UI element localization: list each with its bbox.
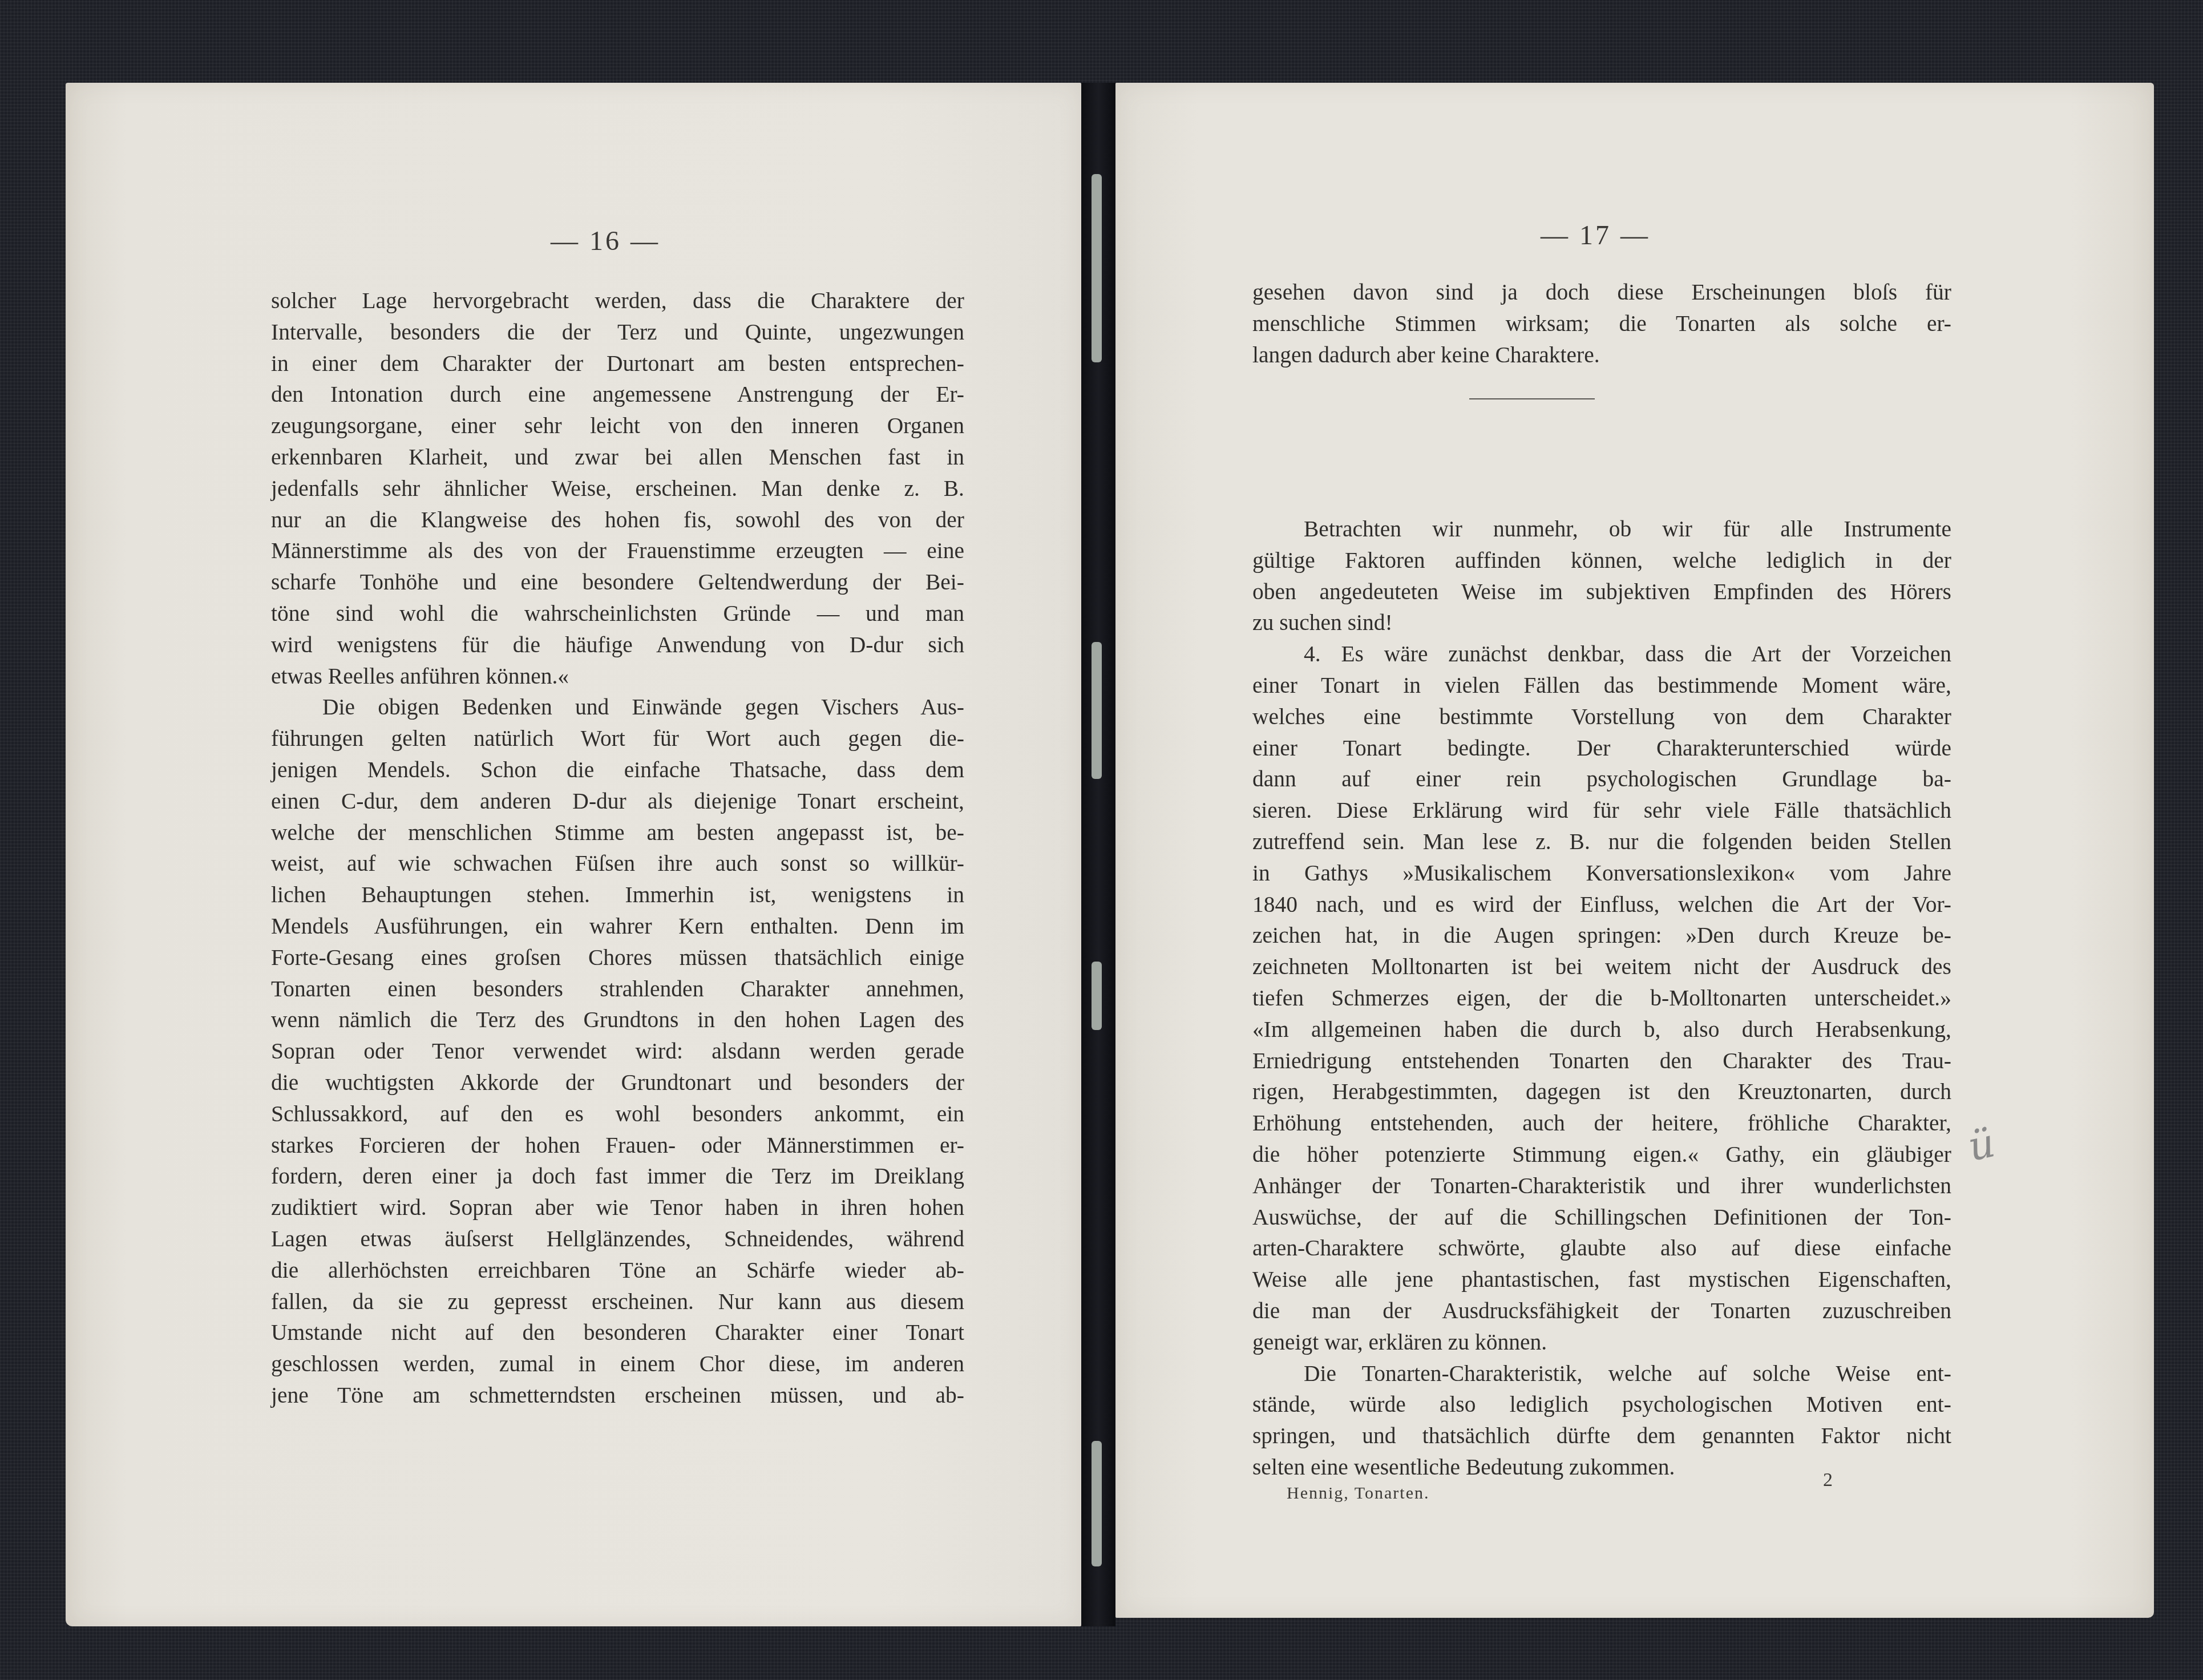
text-line: Erhöhung entstehenden, auch der heitere,… [1252, 1108, 1951, 1139]
text-line: Tonarten einen besonders strahlenden Cha… [271, 974, 964, 1005]
text-line: Umstande nicht auf den besonderen Charak… [271, 1317, 964, 1348]
section-separator-rule [1469, 398, 1595, 399]
gutter-paper-fragment [1092, 174, 1102, 362]
text-line: selten eine wesentliche Bedeutung zukomm… [1252, 1452, 1951, 1483]
text-line: springen, und thatsächlich dürfte dem ge… [1252, 1420, 1951, 1452]
text-line: menschliche Stimmen wirksam; die Tonarte… [1252, 308, 1951, 340]
text-line: jene Töne am schmetterndsten erscheinen … [271, 1380, 964, 1411]
text-line: oben angedeuteten Weise im subjektiven E… [1252, 576, 1951, 608]
text-line: langen dadurch aber keine Charaktere. [1252, 340, 1951, 371]
right-page: — 17 — gesehen davon sind ja doch diese … [1115, 83, 2154, 1618]
paragraph-start: Die obigen Bedenken und Einwände gegen V… [271, 692, 964, 723]
text-line: Männerstimme als des von der Frauenstimm… [271, 535, 964, 567]
text-line: gültige Faktoren auffinden können, welch… [1252, 545, 1951, 576]
book-gutter [1081, 83, 1115, 1626]
pencil-annotation: ü [1964, 1119, 1999, 1170]
text-line: wenn nämlich die Terz des Grundtons in d… [271, 1004, 964, 1036]
left-page: — 16 — solcher Lage hervorgebracht werde… [66, 83, 1081, 1626]
body-text: Betrachten wir nunmehr, ob wir für alle … [1252, 514, 1951, 1483]
gutter-paper-fragment [1092, 1441, 1102, 1566]
paragraph-start: Die Tonarten-Charakteristik, welche auf … [1252, 1358, 1951, 1390]
text-line: welches eine bestimmte Vorstellung von d… [1252, 701, 1951, 733]
text-line: «Im allgemeinen haben die durch b, also … [1252, 1014, 1951, 1045]
text-line: erkennbaren Klarheit, und zwar bei allen… [271, 442, 964, 473]
text-line: gesehen davon sind ja doch diese Erschei… [1252, 277, 1951, 308]
text-line: die allerhöchsten erreichbaren Töne an S… [271, 1255, 964, 1286]
text-line: zu suchen sind! [1252, 607, 1951, 639]
text-line: geneigt war, erklären zu können. [1252, 1327, 1951, 1358]
text-line: sieren. Diese Erklärung wird für sehr vi… [1252, 795, 1951, 826]
text-line: Erniedrigung entstehenden Tonarten den C… [1252, 1045, 1951, 1077]
text-line: scharfe Tonhöhe und eine besondere Gelte… [271, 567, 964, 598]
text-line: nur an die Klangweise des hohen fis, sow… [271, 504, 964, 536]
text-line: einen C-dur, dem anderen D-dur als dieje… [271, 786, 964, 817]
text-line: einer Tonart bedingte. Der Charakterunte… [1252, 733, 1951, 764]
text-line: fordern, deren einer ja doch fast immer … [271, 1161, 964, 1192]
text-line: 1840 nach, und es wird der Einfluss, wel… [1252, 889, 1951, 920]
text-line: fallen, da sie zu gepresst erscheinen. N… [271, 1286, 964, 1318]
text-line: Lagen etwas äuſserst Hellglänzendes, Sch… [271, 1223, 964, 1255]
gutter-paper-fragment [1092, 962, 1102, 1030]
paragraph-start: Betrachten wir nunmehr, ob wir für alle … [1252, 514, 1951, 545]
text-line: starkes Forcieren der hohen Frauen- oder… [271, 1130, 964, 1161]
text-line: Schlussakkord, auf den es wohl besonders… [271, 1099, 964, 1130]
text-line: rigen, Herabgestimmten, dagegen ist den … [1252, 1076, 1951, 1108]
text-line: arten-Charaktere schwörte, glaubte also … [1252, 1233, 1951, 1264]
signature-line: Hennig, Tonarten. [1287, 1484, 1429, 1503]
text-line: den Intonation durch eine angemessene An… [271, 379, 964, 410]
text-line: welche der menschlichen Stimme am besten… [271, 817, 964, 849]
text-line: jenigen Mendels. Schon die einfache That… [271, 754, 964, 786]
text-line: stände, würde also lediglich psychologis… [1252, 1389, 1951, 1420]
text-line: geschlossen werden, zumal in einem Chor … [271, 1348, 964, 1380]
text-line: Weise alle jene phantastischen, fast mys… [1252, 1264, 1951, 1295]
sheet-number: 2 [1823, 1469, 1833, 1491]
text-line: Mendels Ausführungen, ein wahrer Kern en… [271, 911, 964, 942]
text-line: Forte-Gesang eines groſsen Chores müssen… [271, 942, 964, 974]
text-line: tiefen Schmerzes eigen, der die b-Mollto… [1252, 983, 1951, 1014]
text-line: die höher potenzierte Stimmung eigen.« G… [1252, 1139, 1951, 1170]
text-line: töne sind wohl die wahrscheinlichsten Gr… [271, 598, 964, 629]
text-line: zudiktiert wird. Sopran aber wie Tenor h… [271, 1192, 964, 1223]
body-text-continuation: gesehen davon sind ja doch diese Erschei… [1252, 277, 1951, 370]
body-text: solcher Lage hervorgebracht werden, dass… [271, 285, 964, 1411]
text-line: jedenfalls sehr ähnlicher Weise, erschei… [271, 473, 964, 504]
text-line: einer Tonart in vielen Fällen das bestim… [1252, 670, 1951, 701]
text-line: zeugungsorgane, einer sehr leicht von de… [271, 410, 964, 442]
page-number: — 17 — [1541, 220, 1650, 251]
text-line: lichen Behauptungen stehen. Immerhin ist… [271, 879, 964, 911]
text-line: führungen gelten natürlich Wort für Wort… [271, 723, 964, 754]
text-line: die wuchtigsten Akkorde der Grundtonart … [271, 1067, 964, 1099]
text-line: Anhänger der Tonarten-Charakteristik und… [1252, 1170, 1951, 1202]
text-line: zeichen hat, in die Augen springen: »Den… [1252, 920, 1951, 951]
paragraph-start: 4. Es wäre zunächst denkbar, dass die Ar… [1252, 639, 1951, 670]
text-line: wird wenigstens für die häufige Anwendun… [271, 629, 964, 661]
text-line: Sopran oder Tenor verwendet wird: alsdan… [271, 1036, 964, 1067]
text-line: etwas Reelles anführen können.« [271, 661, 964, 692]
text-line: zeichneten Molltonarten ist bei weitem n… [1252, 951, 1951, 983]
text-line: dann auf einer rein psychologischen Grun… [1252, 764, 1951, 795]
text-line: weist, auf wie schwachen Füſsen ihre auc… [271, 848, 964, 879]
text-line: die man der Ausdrucksfähigkeit der Tonar… [1252, 1295, 1951, 1327]
gutter-paper-fragment [1092, 642, 1102, 779]
page-number: — 16 — [551, 225, 660, 257]
text-line: zutreffend sein. Man lese z. B. nur die … [1252, 826, 1951, 858]
text-line: in Gathys »Musikalischem Konversationsle… [1252, 858, 1951, 889]
text-line: Auswüchse, der auf die Schillingschen De… [1252, 1202, 1951, 1233]
text-line: Intervalle, besonders die der Terz und Q… [271, 317, 964, 348]
text-line: solcher Lage hervorgebracht werden, dass… [271, 285, 964, 317]
text-line: in einer dem Charakter der Durtonart am … [271, 348, 964, 379]
